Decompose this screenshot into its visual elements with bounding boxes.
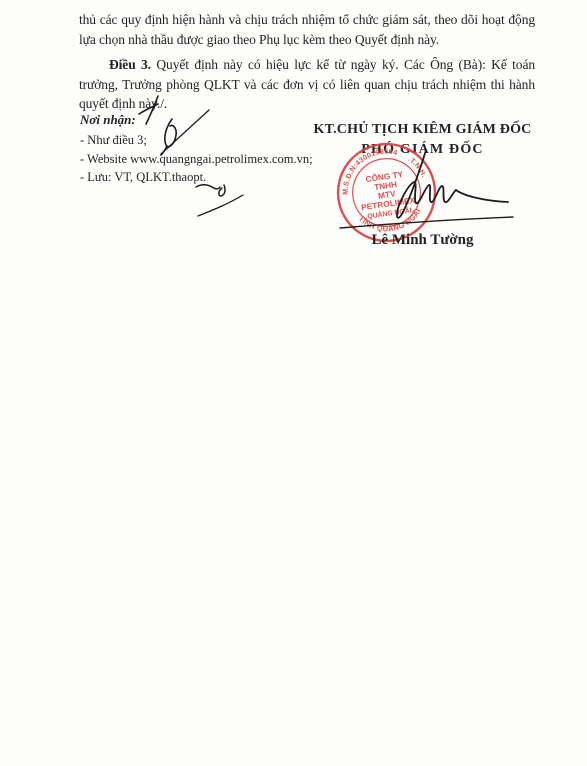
paraph-mark-2 [161,119,176,155]
body-paragraph-continuation: thủ các quy định hiện hành và chịu trách… [79,10,535,49]
paraph-mark-1 [139,96,158,124]
signer-position-line1: KT.CHỦ TỊCH KIÊM GIÁM ĐỐC [300,122,545,138]
signature-underline-stroke [340,217,513,228]
signer-name: Lê Minh Tường [335,232,510,249]
document-page: thủ các quy định hiện hành và chịu trách… [0,0,587,766]
article-3-label: Điều 3. [109,57,151,72]
archive-line-paraph [196,185,225,196]
handwritten-paraphs [125,88,270,228]
paraph-diagonal-stroke [161,110,209,154]
handwritten-signature [330,140,545,240]
archive-line-diagonal-stroke [198,195,243,216]
signature-scribble-stroke [397,150,508,218]
